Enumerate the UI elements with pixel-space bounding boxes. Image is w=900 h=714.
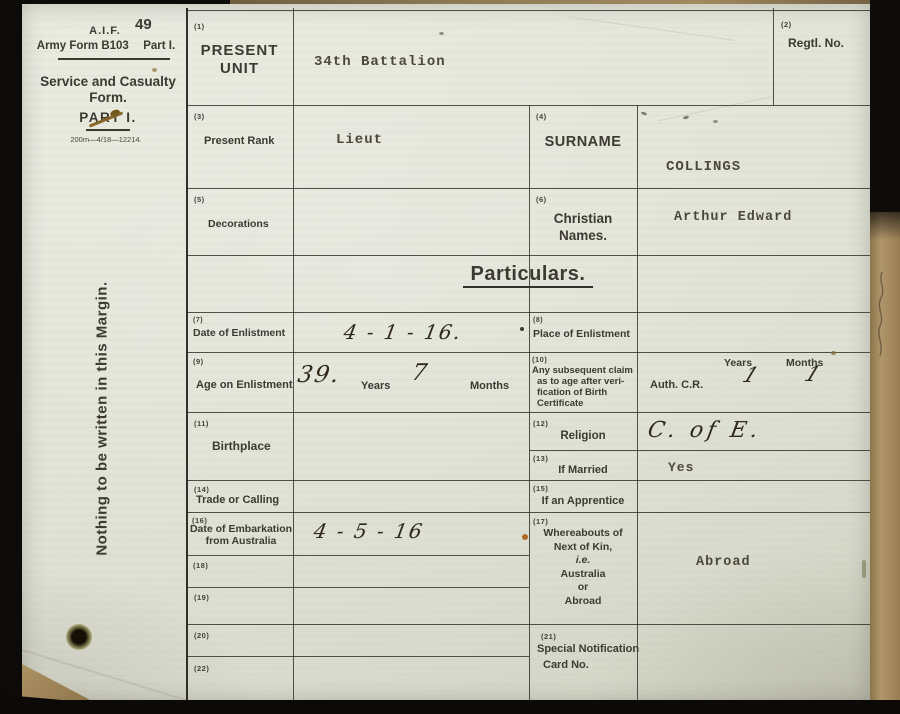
field-number: (3)	[194, 112, 205, 121]
form-part: Part I.	[143, 40, 175, 52]
field-regtl-no-label: Regtl. No.	[788, 36, 844, 50]
grid-line	[186, 8, 188, 702]
auth-cr-label: Auth. C.R.	[650, 379, 703, 391]
form-title-line1: Service and Casualty	[22, 74, 194, 89]
years-label: Years	[361, 380, 390, 392]
field-age-claim-label: Any subsequent claim as to age after ver…	[532, 365, 635, 409]
punch-hole	[66, 624, 92, 650]
field-age-years-value: 39.	[296, 362, 343, 388]
field-if-an-apprentice-label: If an Apprentice	[529, 495, 637, 507]
grid-line	[186, 312, 870, 313]
field-number: (11)	[194, 419, 209, 428]
fold-crease	[22, 649, 190, 702]
grid-line	[293, 8, 294, 702]
field-embarkation-label: Date of Embarkation from Australia	[186, 523, 296, 547]
field-date-of-enlistment-label: Date of Enlistment	[193, 327, 285, 339]
field-special-notification-label-line1: Special Notification	[537, 643, 639, 655]
grid-line	[186, 188, 870, 189]
sheet-number: 49	[135, 16, 152, 33]
divider	[58, 58, 170, 60]
scan-background	[870, 0, 900, 218]
field-number: (14)	[194, 485, 209, 494]
grid-line	[637, 105, 638, 702]
field-present-rank-value: Lieut	[336, 132, 383, 148]
speck	[520, 327, 524, 331]
grid-line	[529, 105, 530, 702]
field-number: (8)	[533, 317, 543, 324]
field-number: (7)	[193, 317, 203, 324]
grid-line	[186, 105, 870, 106]
field-embarkation-value: 4 - 5 - 16	[312, 519, 426, 543]
grid-line	[186, 352, 870, 353]
field-christian-names-value: Arthur Edward	[674, 210, 792, 225]
grid-line	[186, 624, 870, 625]
margin-instruction: Nothing to be written in this Margin.	[94, 249, 111, 589]
speck	[152, 68, 157, 72]
field-next-of-kin-value: Abroad	[696, 555, 751, 570]
field-religion-value: C. of E.	[646, 418, 764, 443]
field-decorations-label: Decorations	[208, 218, 269, 230]
field-number: (6)	[536, 195, 547, 204]
grid-line	[186, 512, 870, 513]
field-number: (22)	[194, 664, 209, 673]
field-number: (12)	[533, 419, 548, 428]
field-next-of-kin-label: Whereabouts of Next of Kin, i.e. Austral…	[529, 527, 637, 608]
field-number: (18)	[193, 561, 208, 570]
divider	[86, 129, 130, 131]
fold-corner-backing	[22, 664, 94, 702]
scan-background	[0, 0, 22, 714]
form-name-line: Army Form B103 Part I.	[22, 40, 190, 52]
grid-line	[186, 587, 529, 588]
field-number: (9)	[193, 357, 204, 366]
field-religion-label: Religion	[529, 430, 637, 442]
speck	[683, 115, 690, 119]
field-special-notification-label-line2: Card No.	[543, 659, 589, 671]
field-if-married-label: If Married	[529, 464, 637, 476]
field-number: (10)	[532, 355, 547, 364]
field-number: (13)	[533, 454, 548, 463]
field-number: (19)	[194, 593, 209, 602]
field-number: (21)	[541, 632, 556, 641]
faint-pencil-scrawl	[868, 270, 896, 360]
field-number: (4)	[536, 112, 547, 121]
grid-line	[529, 450, 870, 451]
section-heading-text: Particulars.	[463, 263, 594, 288]
field-number: (5)	[194, 195, 205, 204]
section-heading: Particulars.	[186, 263, 870, 286]
field-present-unit-label: PRESENT UNIT	[186, 42, 293, 78]
left-margin: A.I.F. 49 Army Form B103 Part I. Service…	[22, 4, 186, 702]
field-number: (15)	[533, 484, 548, 493]
field-date-of-enlistment-value: 4 - 1 - 16.	[342, 320, 464, 344]
field-age-on-enlistment-label: Age on Enlistment	[196, 379, 293, 391]
form-grid: (1) PRESENT UNIT 34th Battalion (2) Regt…	[186, 8, 870, 702]
ink-dot-stain	[522, 534, 528, 540]
grid-line	[186, 555, 529, 556]
grid-line	[186, 480, 870, 481]
grid-line	[186, 255, 870, 256]
scan-background	[0, 700, 900, 714]
field-number: (20)	[194, 631, 209, 640]
grid-line	[186, 10, 870, 11]
print-code: 200m—4/18—12214.	[22, 135, 190, 144]
grid-line	[186, 412, 870, 413]
paper-crease	[657, 96, 775, 122]
field-birthplace-label: Birthplace	[212, 439, 271, 453]
field-if-married-value: Yes	[668, 460, 694, 475]
form-name: Army Form B103	[37, 40, 129, 52]
field-present-rank-label: Present Rank	[204, 135, 274, 147]
grid-line	[773, 8, 774, 105]
form-title-line2: Form.	[22, 90, 194, 105]
months-label: Months	[470, 380, 509, 392]
field-surname-label: SURNAME	[529, 134, 637, 150]
field-present-unit-value: 34th Battalion	[314, 54, 446, 70]
grid-line	[186, 656, 529, 657]
scanned-service-record: A.I.F. 49 Army Form B103 Part I. Service…	[0, 0, 900, 714]
field-age-months-value: 7	[410, 360, 431, 386]
part-heading: PART I.	[22, 110, 194, 125]
speck	[641, 111, 648, 116]
field-number: (17)	[533, 517, 548, 526]
field-surname-value: COLLINGS	[666, 159, 741, 175]
field-trade-or-calling-label: Trade or Calling	[196, 494, 279, 506]
field-place-of-enlistment-label: Place of Enlistment	[533, 328, 630, 340]
paper-crease	[567, 16, 735, 41]
speck	[439, 32, 444, 35]
field-number: (1)	[194, 22, 205, 31]
field-christian-names-label: Christian Names.	[529, 210, 637, 244]
backing-paper-edge	[866, 200, 900, 240]
field-number: (2)	[781, 20, 792, 29]
speck	[713, 120, 718, 123]
